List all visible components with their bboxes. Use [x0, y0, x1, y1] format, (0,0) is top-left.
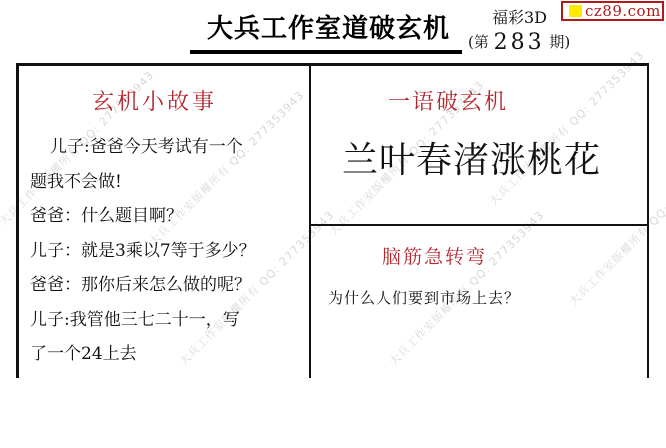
riddle-question: 为什么人们要到市场上去？	[328, 287, 520, 308]
issue-number: 283	[494, 30, 545, 55]
story-line: 儿子：就是3乘以7等于多少？	[30, 234, 305, 269]
story-body: 儿子:爸爸今天考试有一个 题我不会做! 爸爸：什么题目啊？ 儿子：就是3乘以7等…	[30, 130, 305, 372]
issue-prefix: (第	[468, 33, 489, 51]
story-line: 爸爸：什么题目啊？	[30, 199, 305, 234]
story-line: 儿子:爸爸今天考试有一个	[30, 130, 305, 165]
story-line: 了一个24上去	[30, 337, 305, 372]
horizontal-divider	[310, 224, 649, 226]
phrase-heading: 一语破玄机	[388, 85, 508, 116]
logo-square-icon	[569, 5, 582, 17]
lottery-type: 福彩3D	[492, 5, 547, 28]
title-underline	[190, 50, 462, 54]
page-title: 大兵工作室道破玄机	[207, 8, 450, 45]
issue-suffix: 期)	[549, 33, 570, 51]
site-logo[interactable]: cz89.com	[561, 1, 664, 21]
story-heading: 玄机小故事	[92, 85, 217, 116]
story-line: 儿子:我管他三七二十一，写	[30, 303, 305, 338]
story-line: 爸爸：那你后来怎么做的呢？	[30, 268, 305, 303]
issue-label: (第 283 期)	[468, 30, 570, 55]
logo-text: cz89.com	[585, 2, 661, 20]
vertical-divider	[309, 63, 311, 378]
phrase-text: 兰叶春渚涨桃花	[342, 132, 601, 183]
story-line: 题我不会做!	[30, 165, 305, 200]
riddle-heading: 脑筋急转弯	[382, 242, 487, 269]
